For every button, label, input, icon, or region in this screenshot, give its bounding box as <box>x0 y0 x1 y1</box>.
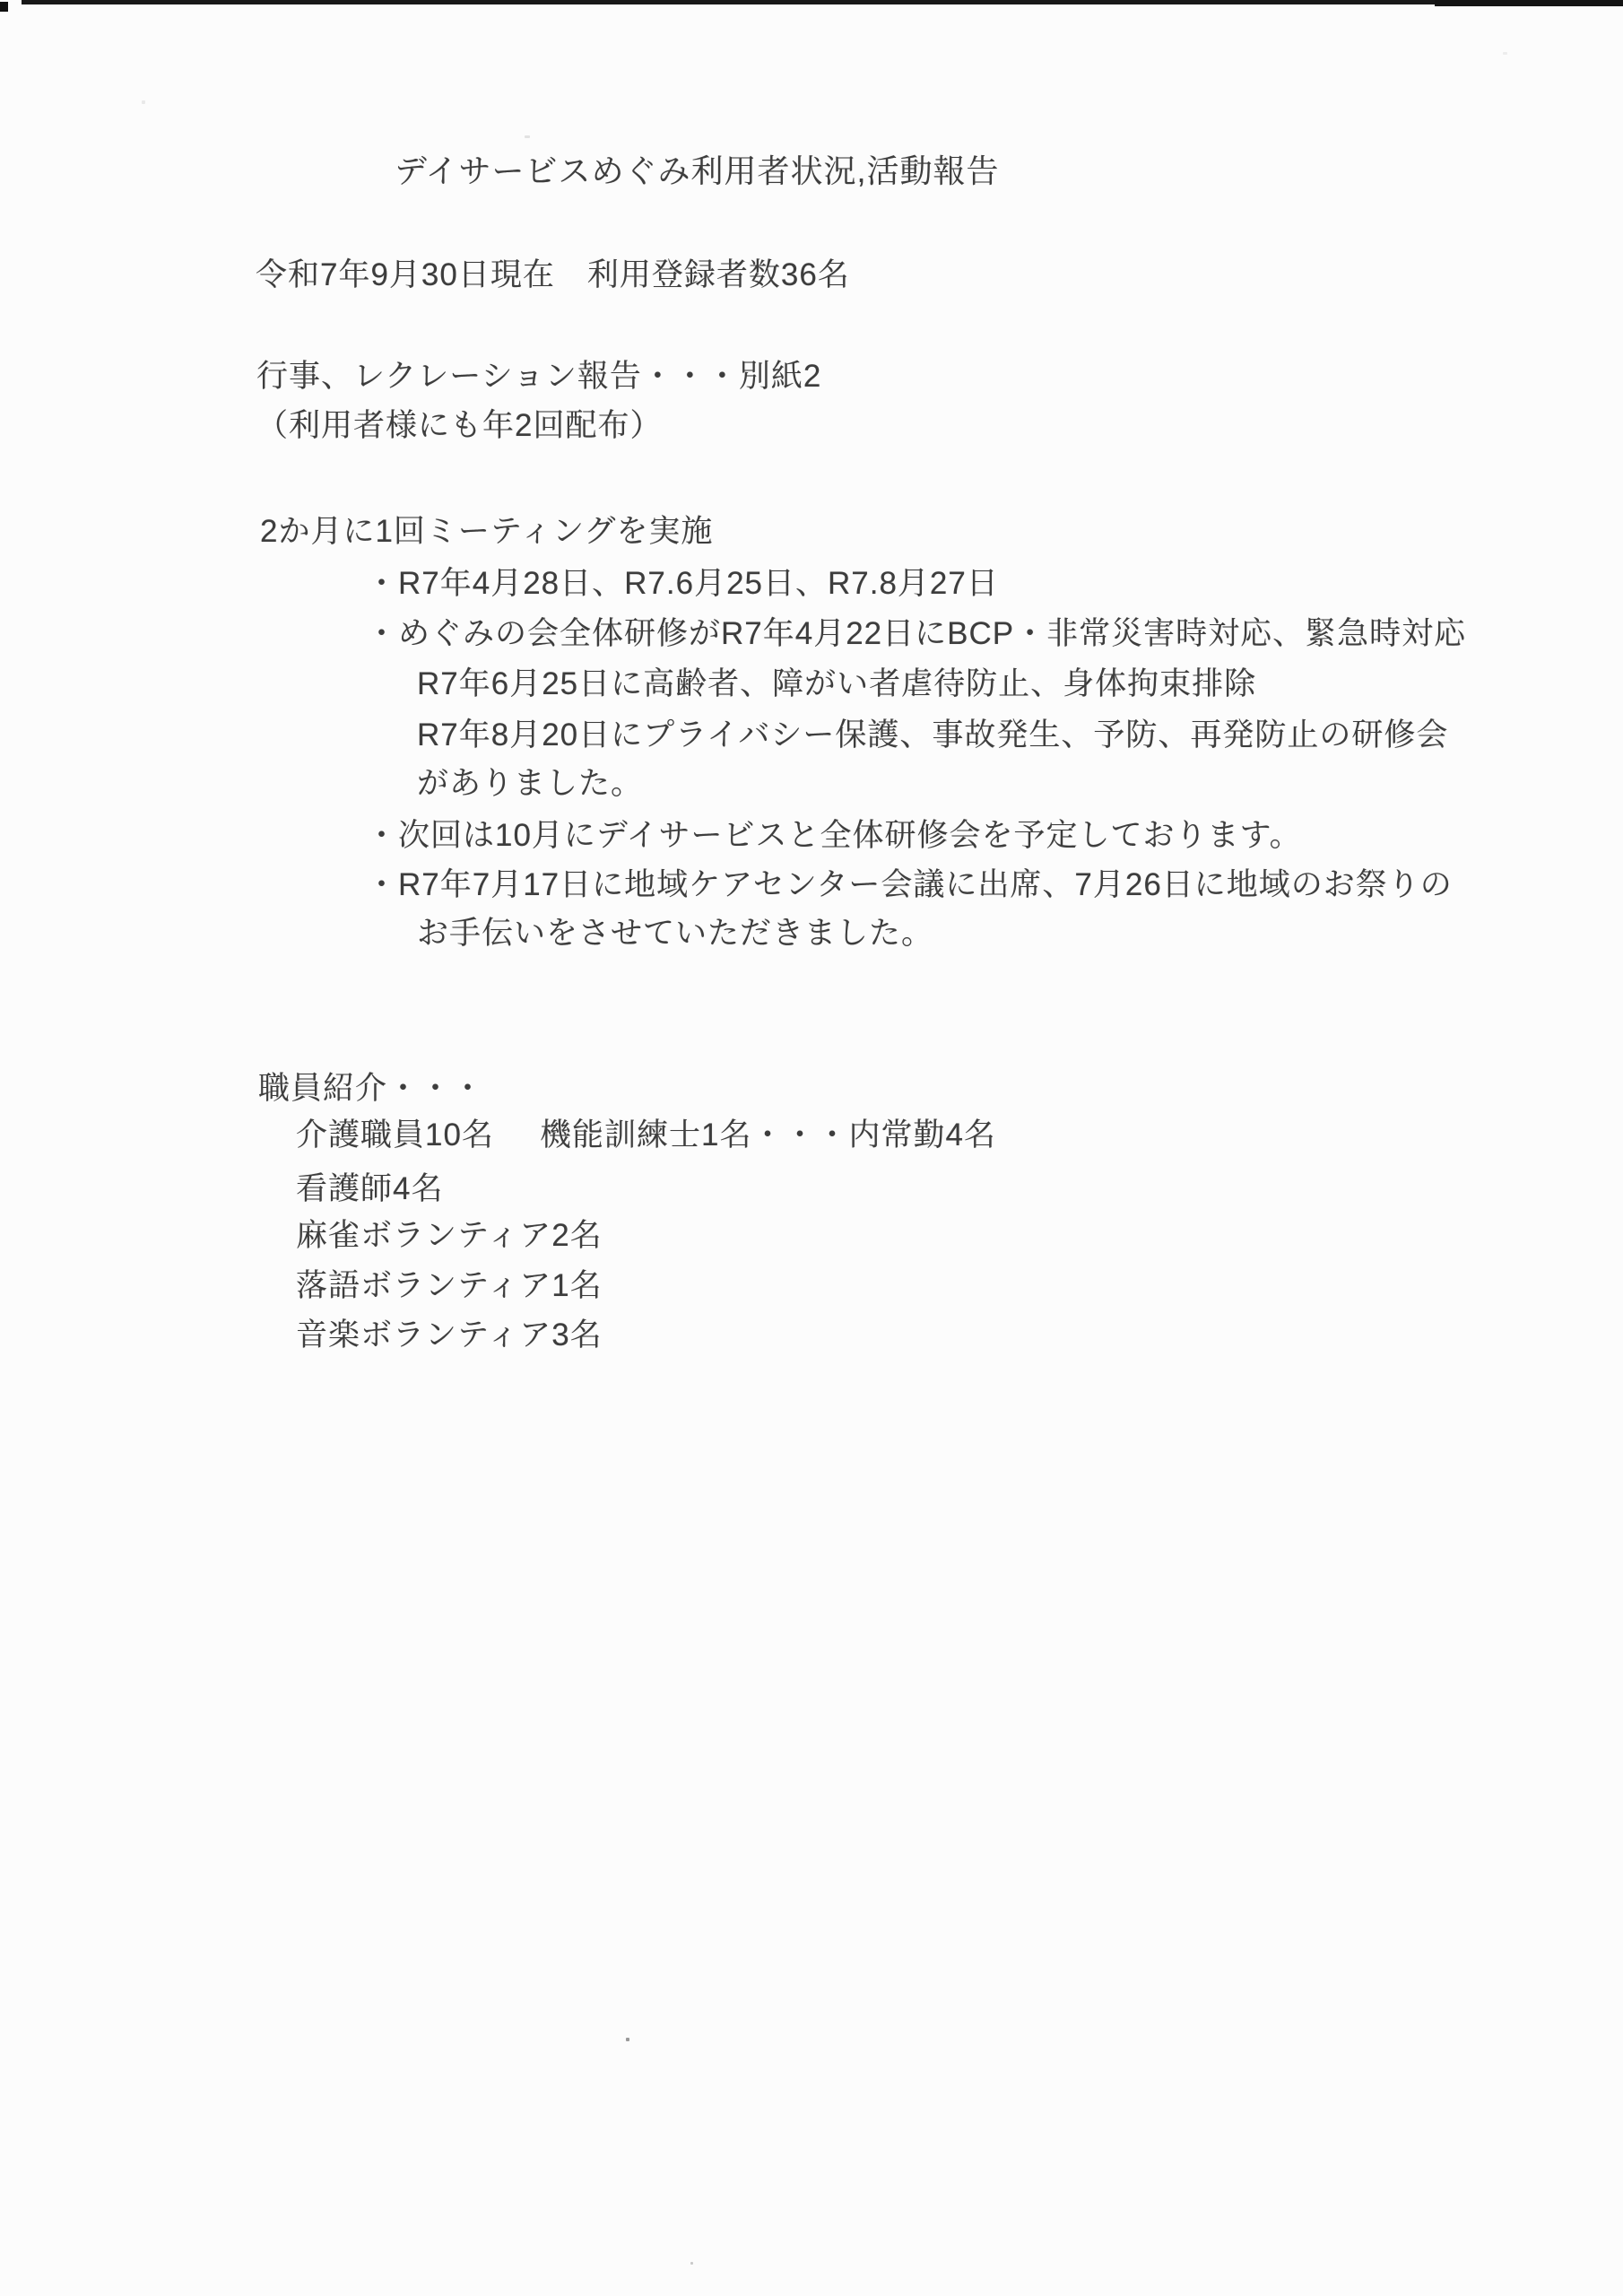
report-note-line: （利用者様にも年2回配布） <box>256 405 662 447</box>
scan-speck <box>626 2038 629 2041</box>
scan-top-edge-bar <box>22 0 1623 4</box>
meeting-item: R7年8月20日にプライバシー保護、事故発生、予防、再発防止の研修会 <box>417 715 1448 756</box>
meeting-item: ・R7年7月17日に地域ケアセンター会議に出席、7月26日に地域のお祭りの <box>366 865 1453 906</box>
scan-speck <box>690 2262 693 2265</box>
staff-functional-trainer: 機能訓練士1名・・・内常勤4名 <box>540 1115 996 1156</box>
staff-line: 音楽ボランティア3名 <box>296 1315 603 1356</box>
scan-top-edge-bar-right <box>1435 0 1623 6</box>
meeting-item: ・次回は10月にデイサービスと全体研修会を予定しております。 <box>366 815 1302 857</box>
meeting-item: ・めぐみの会全体研修がR7年4月22日にBCP・非常災害時対応、緊急時対応 <box>366 613 1466 655</box>
meeting-item: がありました。 <box>417 763 643 804</box>
document-title: デイサービスめぐみ利用者状況,活動報告 <box>395 151 999 192</box>
staff-line: 麻雀ボランティア2名 <box>296 1215 603 1257</box>
meeting-item: お手伝いをさせていただきました。 <box>417 913 933 954</box>
scanned-document-page: デイサービスめぐみ利用者状況,活動報告 令和7年9月30日現在 利用登録者数36… <box>0 0 1623 2296</box>
staff-line: 落語ボランティア1名 <box>296 1265 603 1307</box>
staff-heading: 職員紹介・・・ <box>258 1068 484 1109</box>
scan-corner-mark <box>0 2 8 12</box>
scan-speck <box>525 135 530 138</box>
registration-count-line: 令和7年9月30日現在 利用登録者数36名 <box>256 255 850 296</box>
meeting-heading: 2か月に1回ミーティングを実施 <box>260 511 713 552</box>
staff-care-workers: 介護職員10名 <box>296 1115 494 1156</box>
meeting-item: ・R7年4月28日、R7.6月25日、R7.8月27日 <box>366 563 999 604</box>
scan-speck <box>142 100 145 104</box>
staff-line: 看護師4名 <box>296 1169 443 1210</box>
scan-speck <box>1503 52 1507 55</box>
report-line: 行事、レクレーション報告・・・別紙2 <box>256 356 821 397</box>
meeting-item: R7年6月25日に高齢者、障がい者虐待防止、身体拘束排除 <box>417 664 1256 705</box>
